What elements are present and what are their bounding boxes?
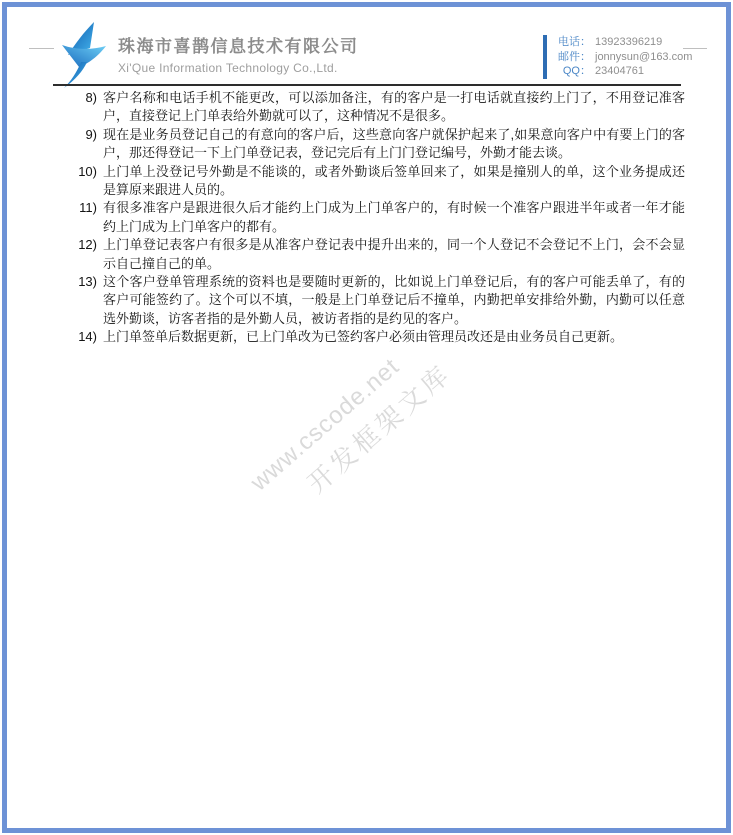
list-item-text: 客户名称和电话手机不能更改，可以添加备注，有的客户是一打电话就直接约上门了，不用… bbox=[103, 89, 685, 126]
list-item: 10) 上门单上没登记号外勤是不能谈的，或者外勤谈后签单回来了，如果是撞别人的单… bbox=[67, 163, 685, 200]
contact-block: 电话： 13923396219 邮件： jonnysun@163.com QQ：… bbox=[543, 35, 692, 79]
list-item: 8) 客户名称和电话手机不能更改，可以添加备注，有的客户是一打电话就直接约上门了… bbox=[67, 89, 685, 126]
list-item-text: 这个客户登单管理系统的资料也是要随时更新的，比如说上门单登记后，有的客户可能丢单… bbox=[103, 273, 685, 328]
list-item-number: 12) bbox=[67, 236, 97, 273]
list-item-number: 14) bbox=[67, 328, 97, 346]
company-block: 珠海市喜鹊信息技术有限公司 Xi'Que Information Technol… bbox=[118, 37, 359, 75]
qq-label: QQ： bbox=[555, 64, 591, 79]
watermark-url: www.cscode.net bbox=[246, 325, 438, 497]
list-item-text: 上门单签单后数据更新，已上门单改为已签约客户必须由管理员改还是由业务员自己更新。 bbox=[103, 328, 685, 346]
list-item-number: 9) bbox=[67, 126, 97, 163]
list-item-number: 13) bbox=[67, 273, 97, 328]
magpie-bird-logo-icon bbox=[54, 22, 114, 88]
qq-value: 23404761 bbox=[595, 64, 644, 79]
letterhead-rule bbox=[53, 84, 681, 86]
list-item-text: 上门单上没登记号外勤是不能谈的，或者外勤谈后签单回来了，如果是撞别人的单，这个业… bbox=[103, 163, 685, 200]
list-item: 11) 有很多准客户是跟进很久后才能约上门成为上门单客户的，有时候一个准客户跟进… bbox=[67, 199, 685, 236]
phone-label: 电话： bbox=[555, 35, 591, 50]
list-item-text: 有很多准客户是跟进很久后才能约上门成为上门单客户的，有时候一个准客户跟进半年或者… bbox=[103, 199, 685, 236]
list-item: 14) 上门单签单后数据更新，已上门单改为已签约客户必须由管理员改还是由业务员自… bbox=[67, 328, 685, 346]
list-item: 13) 这个客户登单管理系统的资料也是要随时更新的，比如说上门单登记后，有的客户… bbox=[67, 273, 685, 328]
list-item-number: 10) bbox=[67, 163, 97, 200]
list-item-number: 11) bbox=[67, 199, 97, 236]
phone-value: 13923396219 bbox=[595, 35, 662, 50]
watermark: www.cscode.net 开发框架文库 bbox=[246, 325, 465, 528]
email-label: 邮件： bbox=[555, 50, 591, 65]
watermark-caption: 开发框架文库 bbox=[298, 349, 464, 500]
contact-row-phone: 电话： 13923396219 bbox=[555, 35, 692, 50]
contact-row-qq: QQ： 23404761 bbox=[555, 64, 692, 79]
list-item-number: 8) bbox=[67, 89, 97, 126]
fold-mark-left bbox=[29, 48, 54, 49]
list-item-text: 现在是业务员登记自己的有意向的客户后，这些意向客户就保护起来了,如果意向客户中有… bbox=[103, 126, 685, 163]
company-name-zh: 珠海市喜鹊信息技术有限公司 bbox=[118, 37, 359, 57]
document-body: 8) 客户名称和电话手机不能更改，可以添加备注，有的客户是一打电话就直接约上门了… bbox=[67, 89, 685, 347]
document-page: 珠海市喜鹊信息技术有限公司 Xi'Que Information Technol… bbox=[0, 0, 733, 835]
list-item: 12) 上门单登记表客户有很多是从准客户登记表中提升出来的，同一个人登记不会登记… bbox=[67, 236, 685, 273]
list-item: 9) 现在是业务员登记自己的有意向的客户后，这些意向客户就保护起来了,如果意向客… bbox=[67, 126, 685, 163]
company-name-en: Xi'Que Information Technology Co.,Ltd. bbox=[118, 61, 359, 75]
contact-row-email: 邮件： jonnysun@163.com bbox=[555, 50, 692, 65]
list-item-text: 上门单登记表客户有很多是从准客户登记表中提升出来的，同一个人登记不会登记不上门，… bbox=[103, 236, 685, 273]
email-value: jonnysun@163.com bbox=[595, 50, 692, 65]
